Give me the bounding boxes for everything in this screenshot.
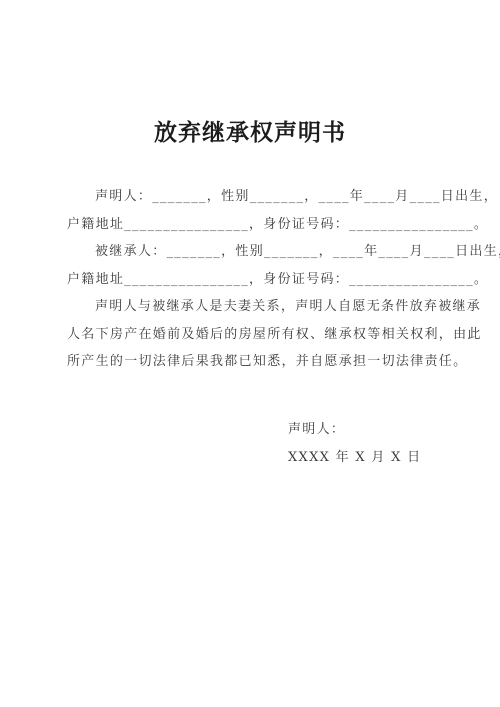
declaration-statement-line-1: 声明人与被继承人是夫妻关系，声明人自愿无条件放弃被继承 — [67, 293, 439, 321]
document-title: 放弃继承权声明书 — [0, 114, 500, 147]
declarant-info-paragraph: 声明人：_______，性别_______，____年____月____日出生，… — [67, 183, 439, 238]
declaration-statement-line-2: 人名下房产在婚前及婚后的房屋所有权、继承权等相关权利，由此 — [67, 321, 439, 349]
declarant-info-line-2: 户籍地址________________，身份证号码：_____________… — [67, 211, 439, 239]
signature-declarant-label: 声明人： — [288, 416, 421, 444]
decedent-info-paragraph: 被继承人：_______，性别_______，____年____月____日出生… — [67, 238, 439, 293]
decedent-info-line-1: 被继承人：_______，性别_______，____年____月____日出生… — [67, 238, 439, 266]
declaration-document-page: 放弃继承权声明书 声明人：_______，性别_______，____年____… — [0, 0, 500, 707]
document-body: 声明人：_______，性别_______，____年____月____日出生，… — [67, 183, 439, 376]
declarant-info-line-1: 声明人：_______，性别_______，____年____月____日出生， — [67, 183, 439, 211]
declaration-statement-line-3: 所产生的一切法律后果我都已知悉，并自愿承担一切法律责任。 — [67, 348, 439, 376]
declaration-statement-paragraph: 声明人与被继承人是夫妻关系，声明人自愿无条件放弃被继承 人名下房产在婚前及婚后的… — [67, 293, 439, 376]
decedent-info-line-2: 户籍地址________________，身份证号码：_____________… — [67, 266, 439, 294]
signature-date-line: XXXX 年 X 月 X 日 — [288, 444, 421, 472]
signature-block: 声明人： XXXX 年 X 月 X 日 — [288, 416, 421, 471]
